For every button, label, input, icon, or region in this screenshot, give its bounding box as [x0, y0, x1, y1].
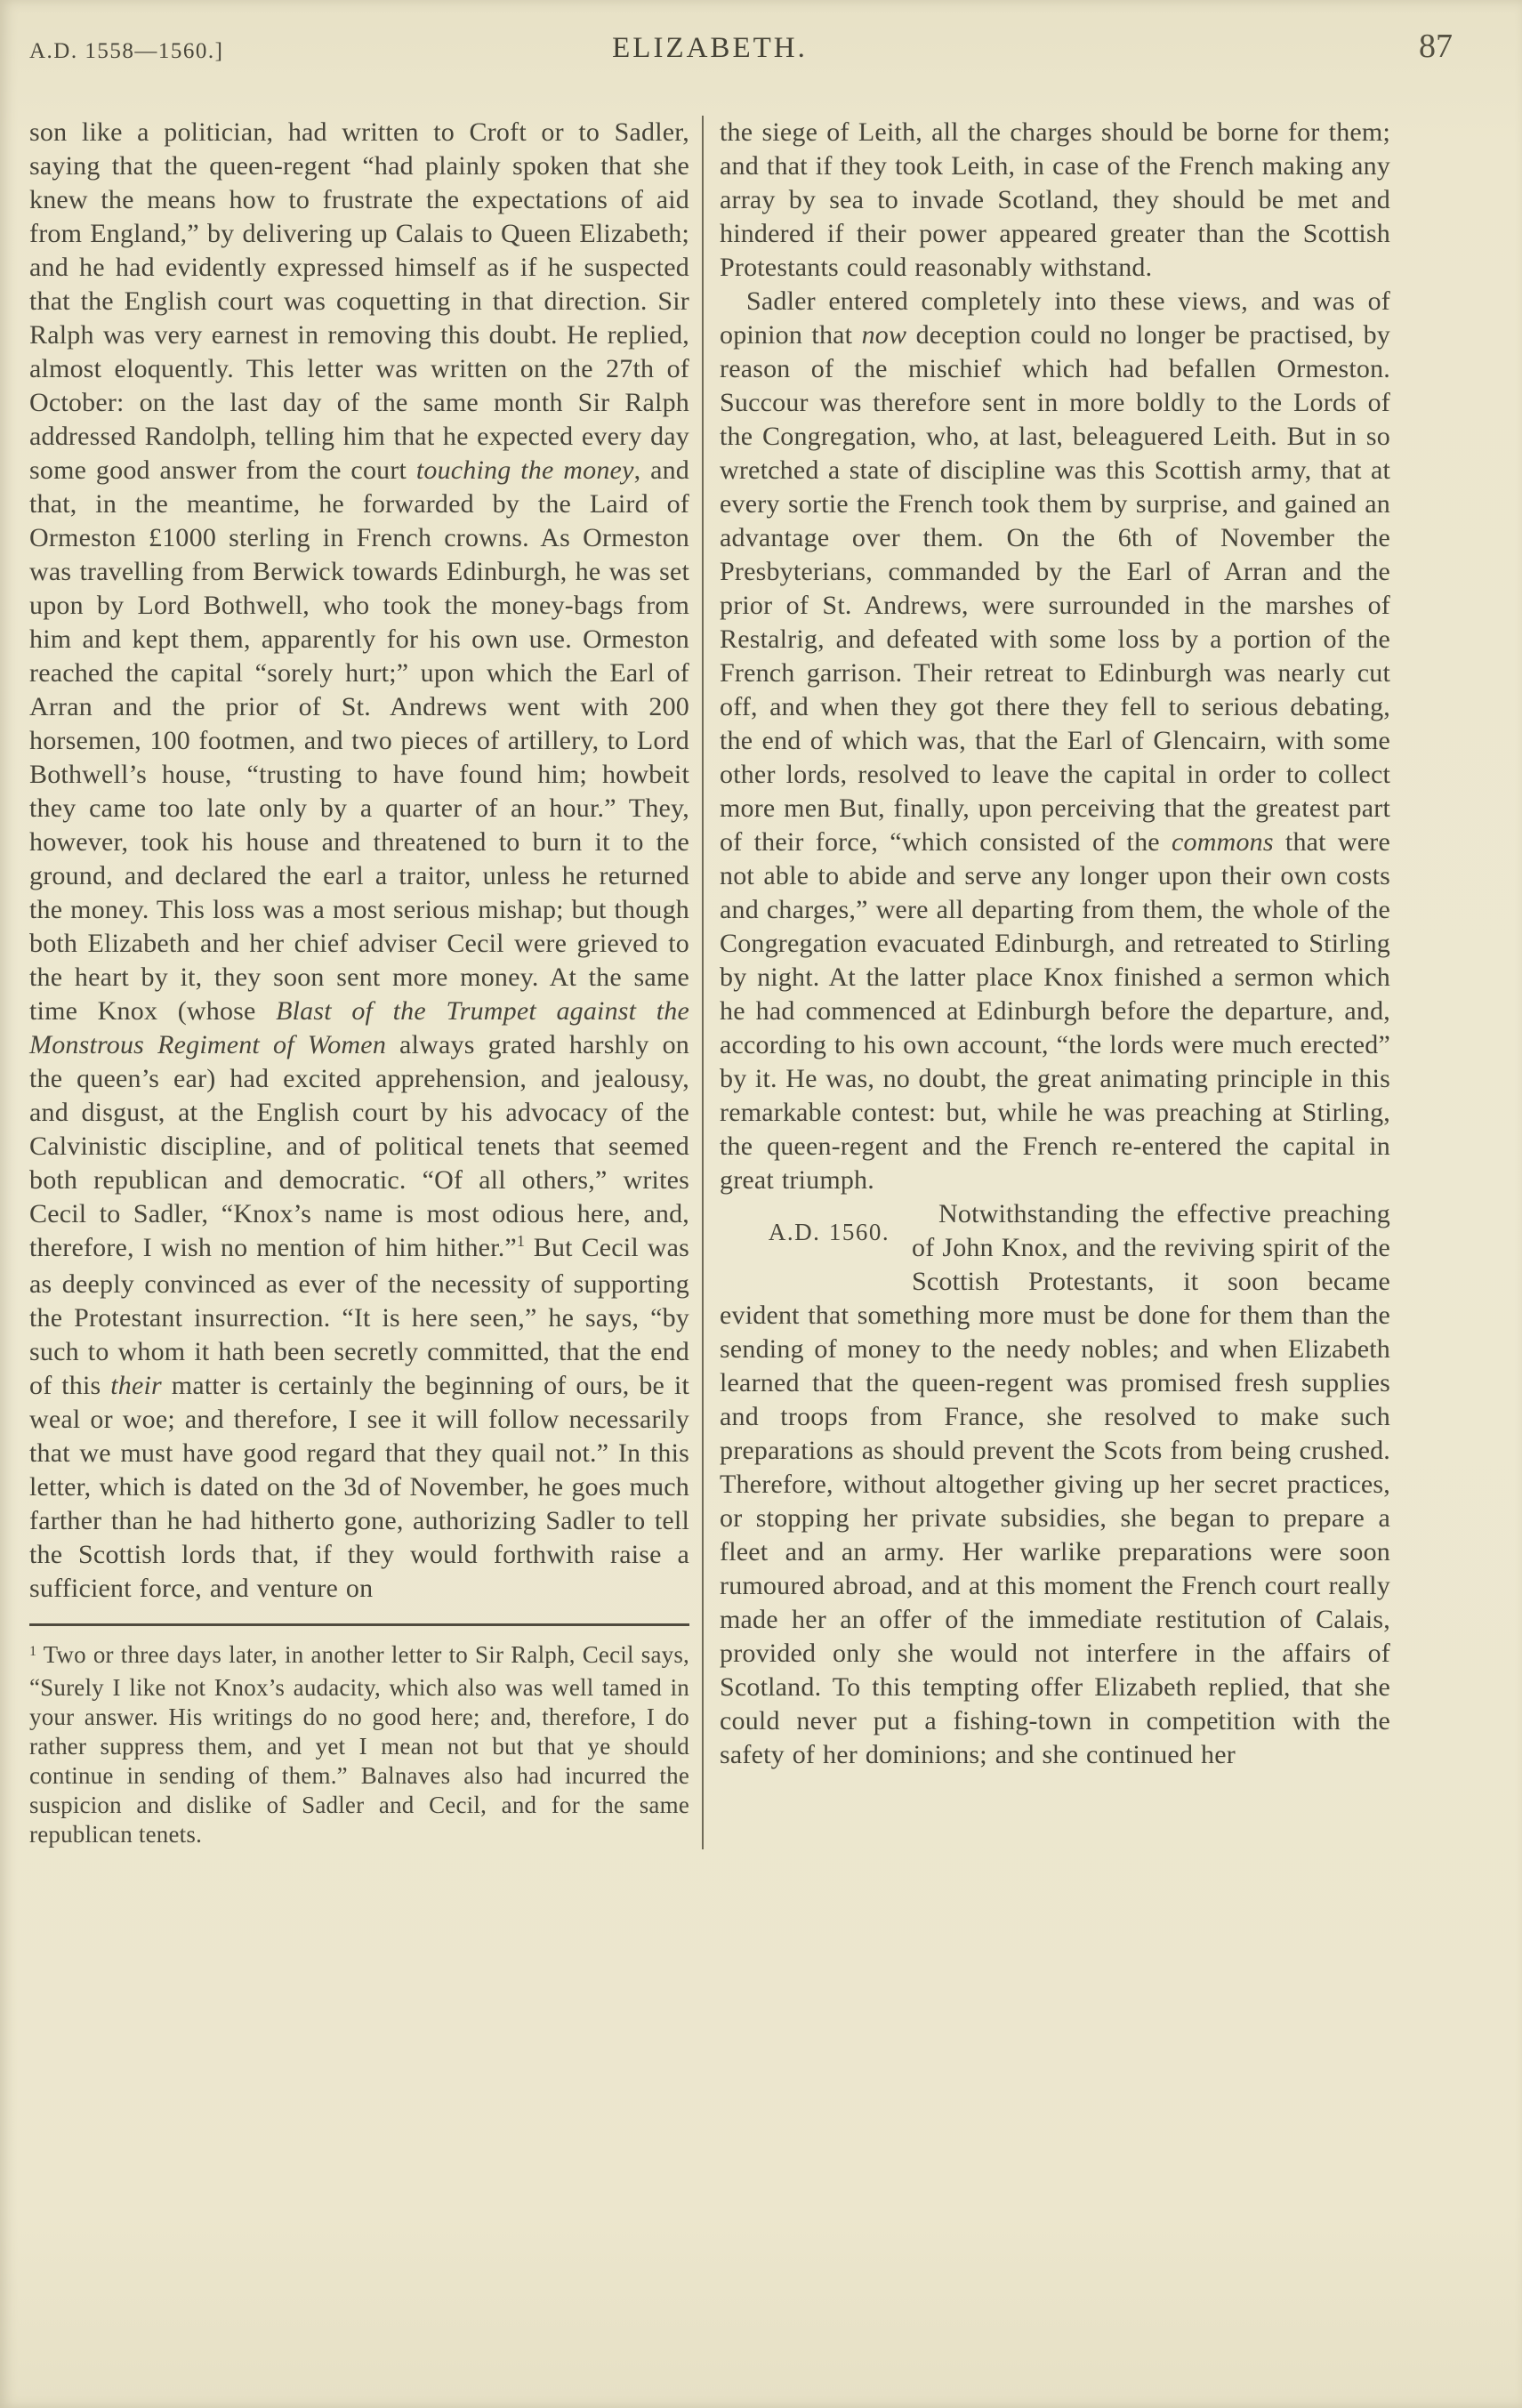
- date-margin-note: A.D. 1560.: [720, 1197, 912, 1267]
- footnote-text: Two or three days later, in another lett…: [29, 1641, 689, 1848]
- text-run: always grated harshly on the queen’s ear…: [29, 1030, 689, 1262]
- footnote-reference: 1: [517, 1232, 525, 1250]
- footnote-separator: [29, 1623, 689, 1626]
- right-column-paragraph-3: A.D. 1560.Notwithstanding the effective …: [720, 1197, 1390, 1772]
- text-run: son like a politician, had written to Cr…: [29, 117, 689, 485]
- text-run-italic: their: [110, 1371, 162, 1400]
- text-run: Notwithstanding the effective preaching …: [720, 1199, 1390, 1769]
- text-run-italic: now: [862, 320, 907, 350]
- footnote: 1 Two or three days later, in another le…: [29, 1640, 689, 1849]
- text-run: deception could no longer be practised, …: [720, 320, 1390, 857]
- left-column: son like a politician, had written to Cr…: [29, 116, 689, 1849]
- column-divider: [702, 116, 704, 1849]
- page-number: 87: [1419, 27, 1453, 66]
- running-head: A.D. 1558—1560.] ELIZABETH. 87: [29, 30, 1390, 69]
- right-column: the siege of Leith, all the charges shou…: [720, 116, 1390, 1849]
- left-column-paragraph: son like a politician, had written to Cr…: [29, 116, 689, 1606]
- footnote-marker: 1: [29, 1644, 36, 1659]
- right-column-paragraph-2: Sadler entered completely into these vie…: [720, 285, 1390, 1197]
- text-run: that were not able to abide and serve an…: [720, 827, 1390, 1195]
- text-columns: son like a politician, had written to Cr…: [29, 116, 1390, 1849]
- text-run: matter is certainly the beginning of our…: [29, 1371, 689, 1603]
- text-run: , and that, in the meantime, he forwarde…: [29, 455, 689, 1026]
- right-column-paragraph-1: the siege of Leith, all the charges shou…: [720, 116, 1390, 285]
- page-title: ELIZABETH.: [29, 32, 1390, 65]
- book-page: A.D. 1558—1560.] ELIZABETH. 87 son like …: [0, 0, 1522, 2408]
- text-run-italic: touching the money: [416, 455, 634, 485]
- text-run-italic: commons: [1172, 827, 1274, 857]
